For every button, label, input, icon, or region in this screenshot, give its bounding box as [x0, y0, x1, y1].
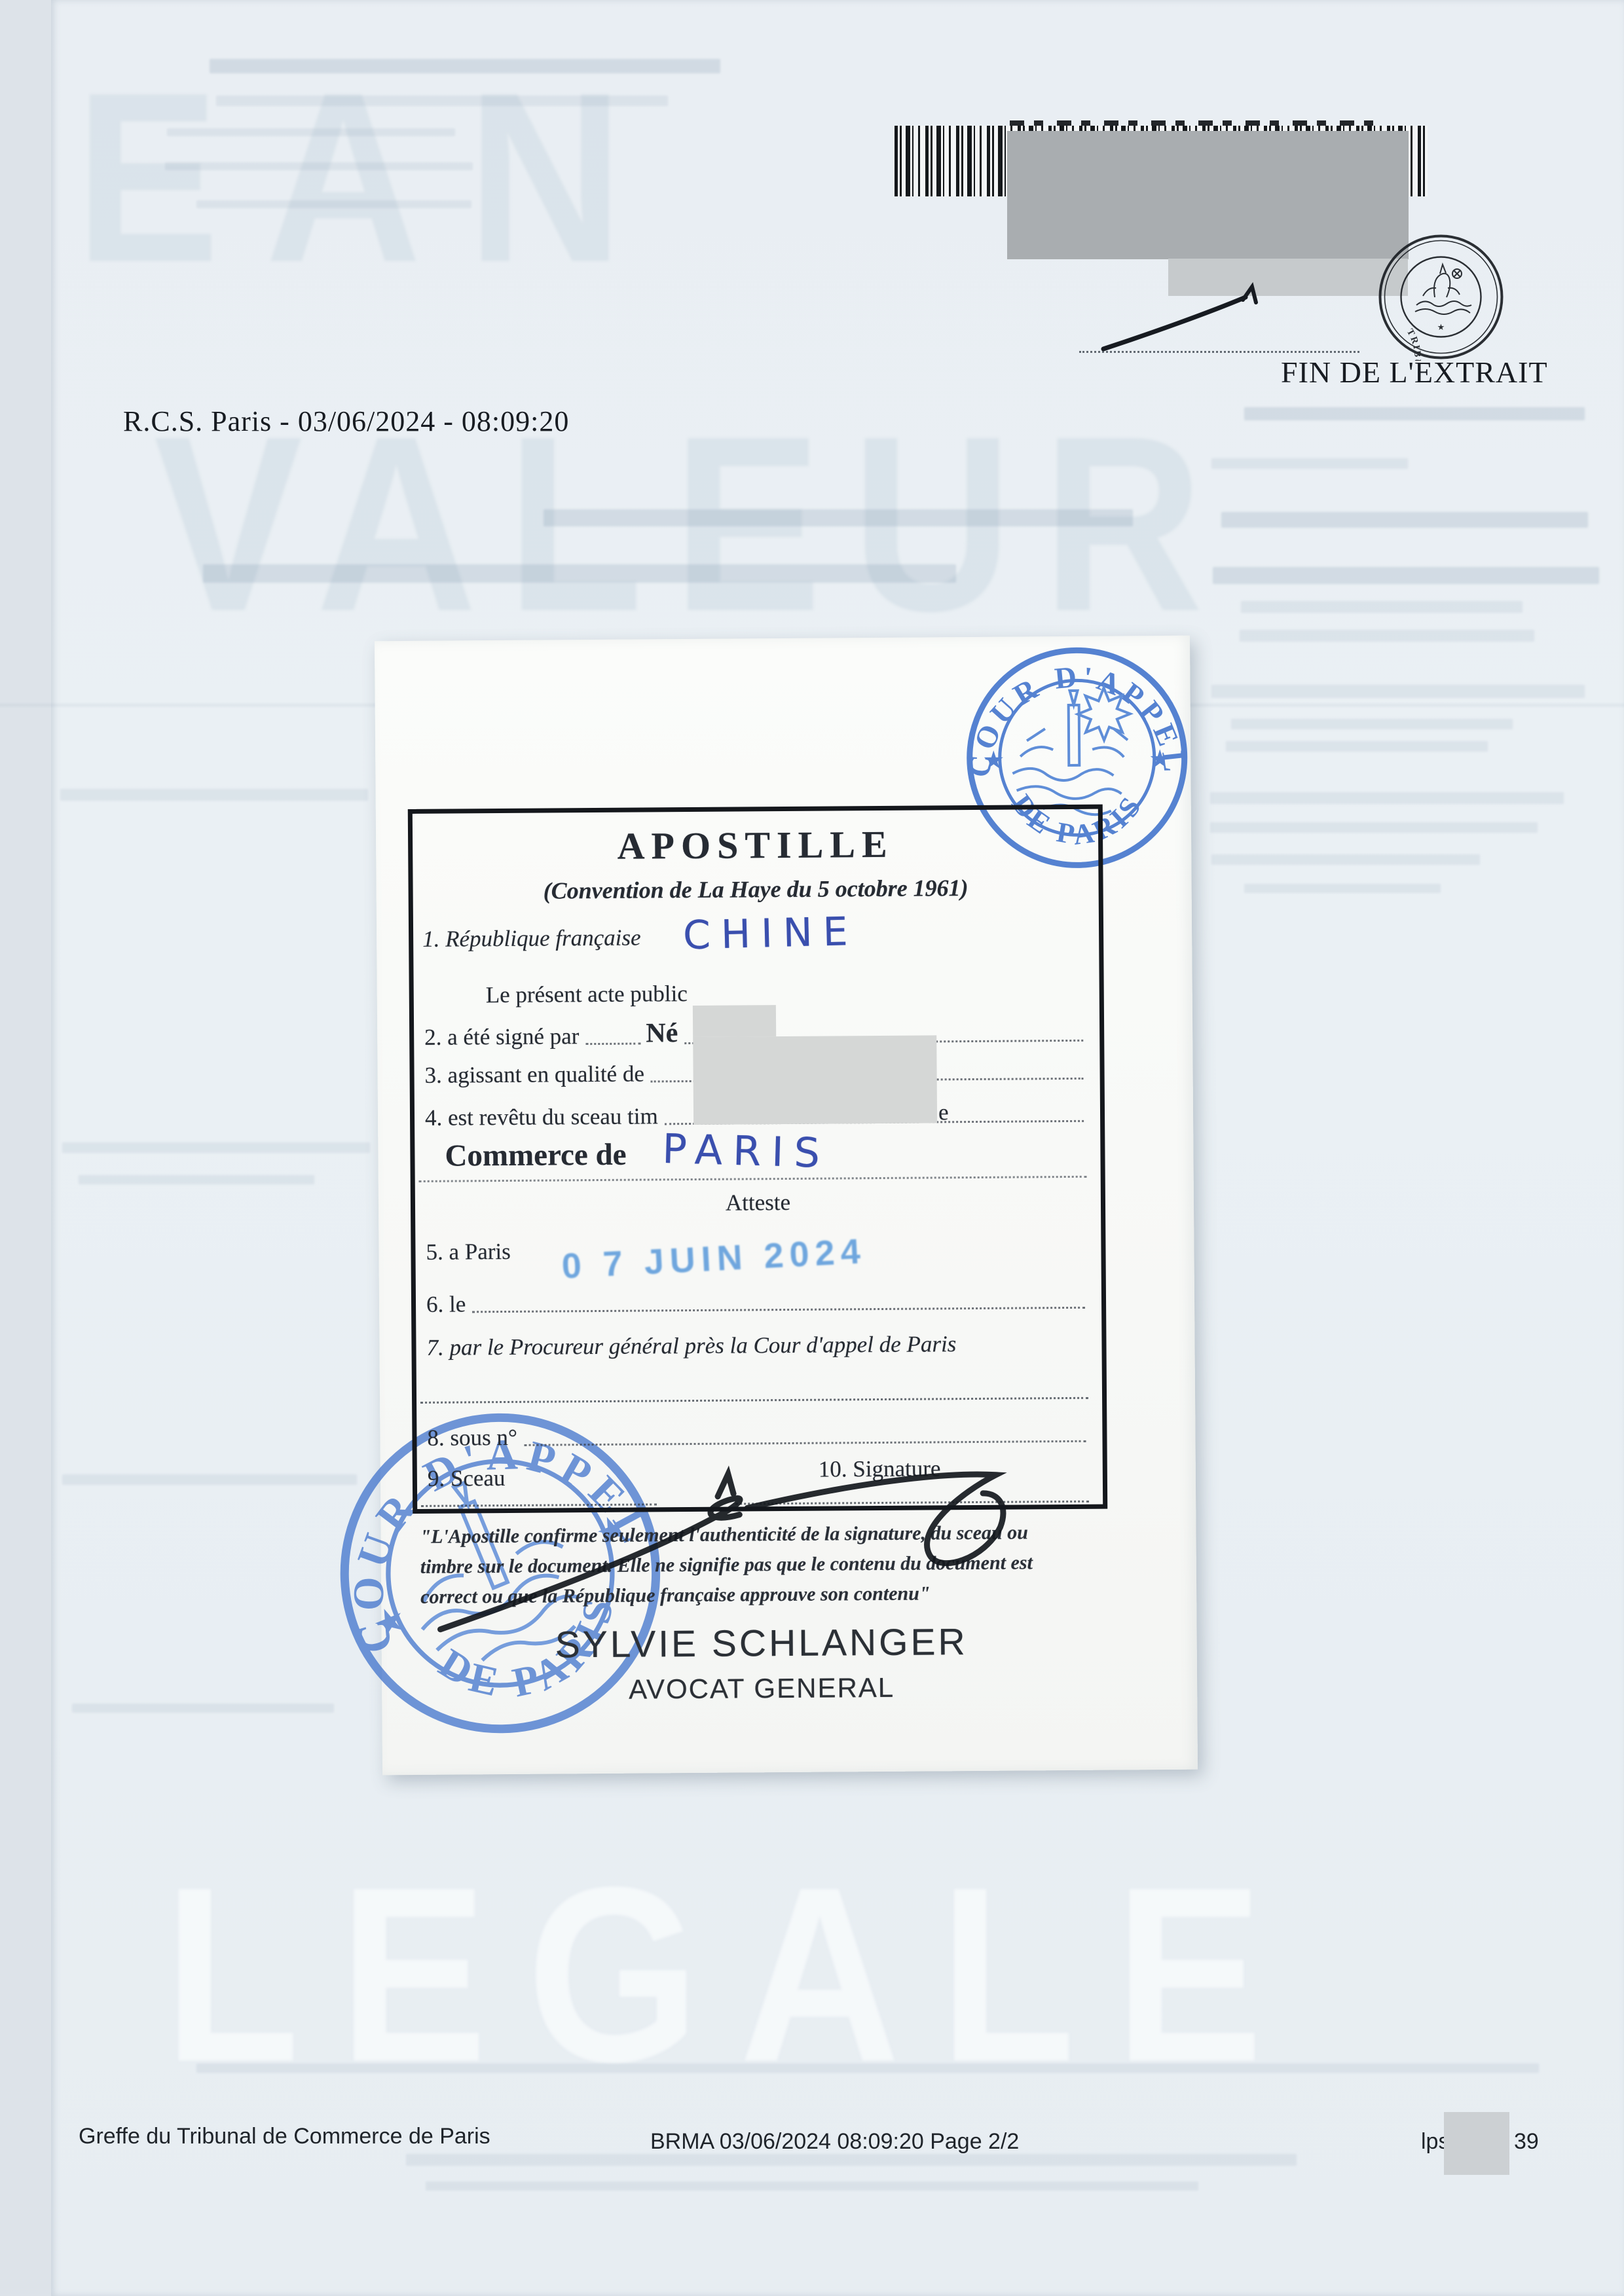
- ghost-text-row: [1244, 884, 1441, 893]
- seal-bottom-star: ★: [1437, 322, 1445, 332]
- item4-label: 4. est revêtu du sceau tim: [425, 1103, 658, 1131]
- ghost-text-row: [72, 1704, 334, 1713]
- redaction-box-small: [693, 1005, 776, 1037]
- ghost-text-row: [210, 59, 720, 73]
- dotted-rule: [1079, 340, 1359, 353]
- atteste-line: Atteste: [415, 1188, 1101, 1218]
- ghost-text-row: [544, 509, 1133, 526]
- rcs-timestamp-line: R.C.S. Paris - 03/06/2024 - 08:09:20: [123, 405, 569, 438]
- item4-suffix: e: [938, 1099, 965, 1125]
- watermark-bottom: LEGALE: [164, 1832, 1526, 2119]
- footer-ref-suffix: 39: [1514, 2129, 1539, 2155]
- ghost-text-row: [1244, 407, 1585, 420]
- ghost-text-row: [203, 564, 956, 583]
- ghost-text-row: [196, 2064, 1539, 2073]
- ghost-text-row: [60, 789, 368, 801]
- item2-label: 2. a été signé par: [424, 1023, 579, 1051]
- item6-text: 6. le: [426, 1291, 466, 1317]
- item1-label: 1. République française: [422, 925, 641, 953]
- apostille-frame: APOSTILLE (Convention de La Haye du 5 oc…: [408, 805, 1107, 1514]
- ghost-text-row: [1241, 601, 1522, 613]
- footer-page-info: BRMA 03/06/2024 08:09:20 Page 2/2: [650, 2129, 1019, 2155]
- footer-greffe: Greffe du Tribunal de Commerce de Paris: [79, 2124, 490, 2149]
- ghost-text-row: [1211, 685, 1585, 698]
- item2-value: Né: [646, 1017, 678, 1049]
- signatory-title: AVOCAT GENERAL: [421, 1671, 1102, 1707]
- ghost-text-row: [426, 2181, 1198, 2191]
- redaction-box-large: [693, 1035, 937, 1125]
- apostille-paper: COUR D'APPEL DE PARIS ★ ★: [375, 636, 1198, 1776]
- ghost-text-row: [167, 128, 455, 136]
- apostille-title: APOSTILLE: [413, 821, 1098, 869]
- ghost-text-row: [216, 96, 668, 106]
- ghost-text-row: [1226, 741, 1488, 752]
- item7-text: 7. par le Procureur général près la Cour…: [426, 1331, 956, 1361]
- dotted-rule: [420, 1387, 1088, 1404]
- redaction-box-dark: [1007, 131, 1409, 259]
- ghost-text-row: [165, 162, 473, 170]
- ghost-text-row: [406, 2154, 1297, 2166]
- watermark-top: EAN: [75, 38, 669, 317]
- item3-label: 3. agissant en qualité de: [424, 1061, 644, 1089]
- ghost-text-row: [1213, 567, 1599, 584]
- end-of-extract-label: FIN DE L'EXTRAIT: [1281, 355, 1548, 390]
- official-signature: [419, 1429, 1049, 1643]
- tribunal-de-commerce-seal: TRIBUNAL DE COMMERCE DE PARIS ★ ★: [1377, 233, 1505, 361]
- item7-line: 7. par le Procureur général près la Cour…: [426, 1330, 1085, 1361]
- item5-text: 5. a Paris: [426, 1239, 511, 1266]
- ghost-text-row: [1221, 512, 1588, 528]
- item4-suffix-text: e: [938, 1099, 949, 1125]
- ghost-text-row: [1240, 630, 1534, 642]
- redaction-box-footer: [1444, 2112, 1509, 2175]
- apostille-subtitle-text: (Convention de La Haye du 5 octobre 1961…: [544, 874, 969, 905]
- ghost-text-row: [79, 1175, 314, 1184]
- item1-line: 1. République française: [422, 924, 684, 953]
- dotted-leader: [585, 1043, 640, 1046]
- stamp-star-left: ★: [982, 747, 1005, 774]
- item1-handwritten-value: CHINE: [682, 909, 858, 959]
- apostille-subtitle: (Convention de La Haye du 5 octobre 1961…: [413, 873, 1098, 905]
- apostille-title-text: APOSTILLE: [617, 822, 893, 868]
- ghost-text-row: [1211, 458, 1408, 469]
- stamp-star-right: ★: [1149, 746, 1171, 773]
- item6-line: 6. le: [426, 1287, 1085, 1318]
- atteste-text: Atteste: [726, 1190, 790, 1216]
- ghost-text-row: [1211, 854, 1480, 865]
- scanned-document-page: EAN VALEUR LEGALE T: [0, 0, 1624, 2296]
- ghost-text-row: [1210, 822, 1538, 833]
- ghost-text-row: [196, 200, 471, 208]
- ghost-text-row: [62, 1142, 370, 1153]
- ghost-text-row: [1231, 719, 1513, 729]
- seal-center-engraving: [1415, 264, 1471, 314]
- intro-line: Le présent acte public: [486, 980, 813, 1008]
- ghost-text-row: [1210, 792, 1564, 804]
- intro-text: Le présent acte public: [486, 981, 688, 1008]
- dotted-leader: [472, 1307, 1085, 1313]
